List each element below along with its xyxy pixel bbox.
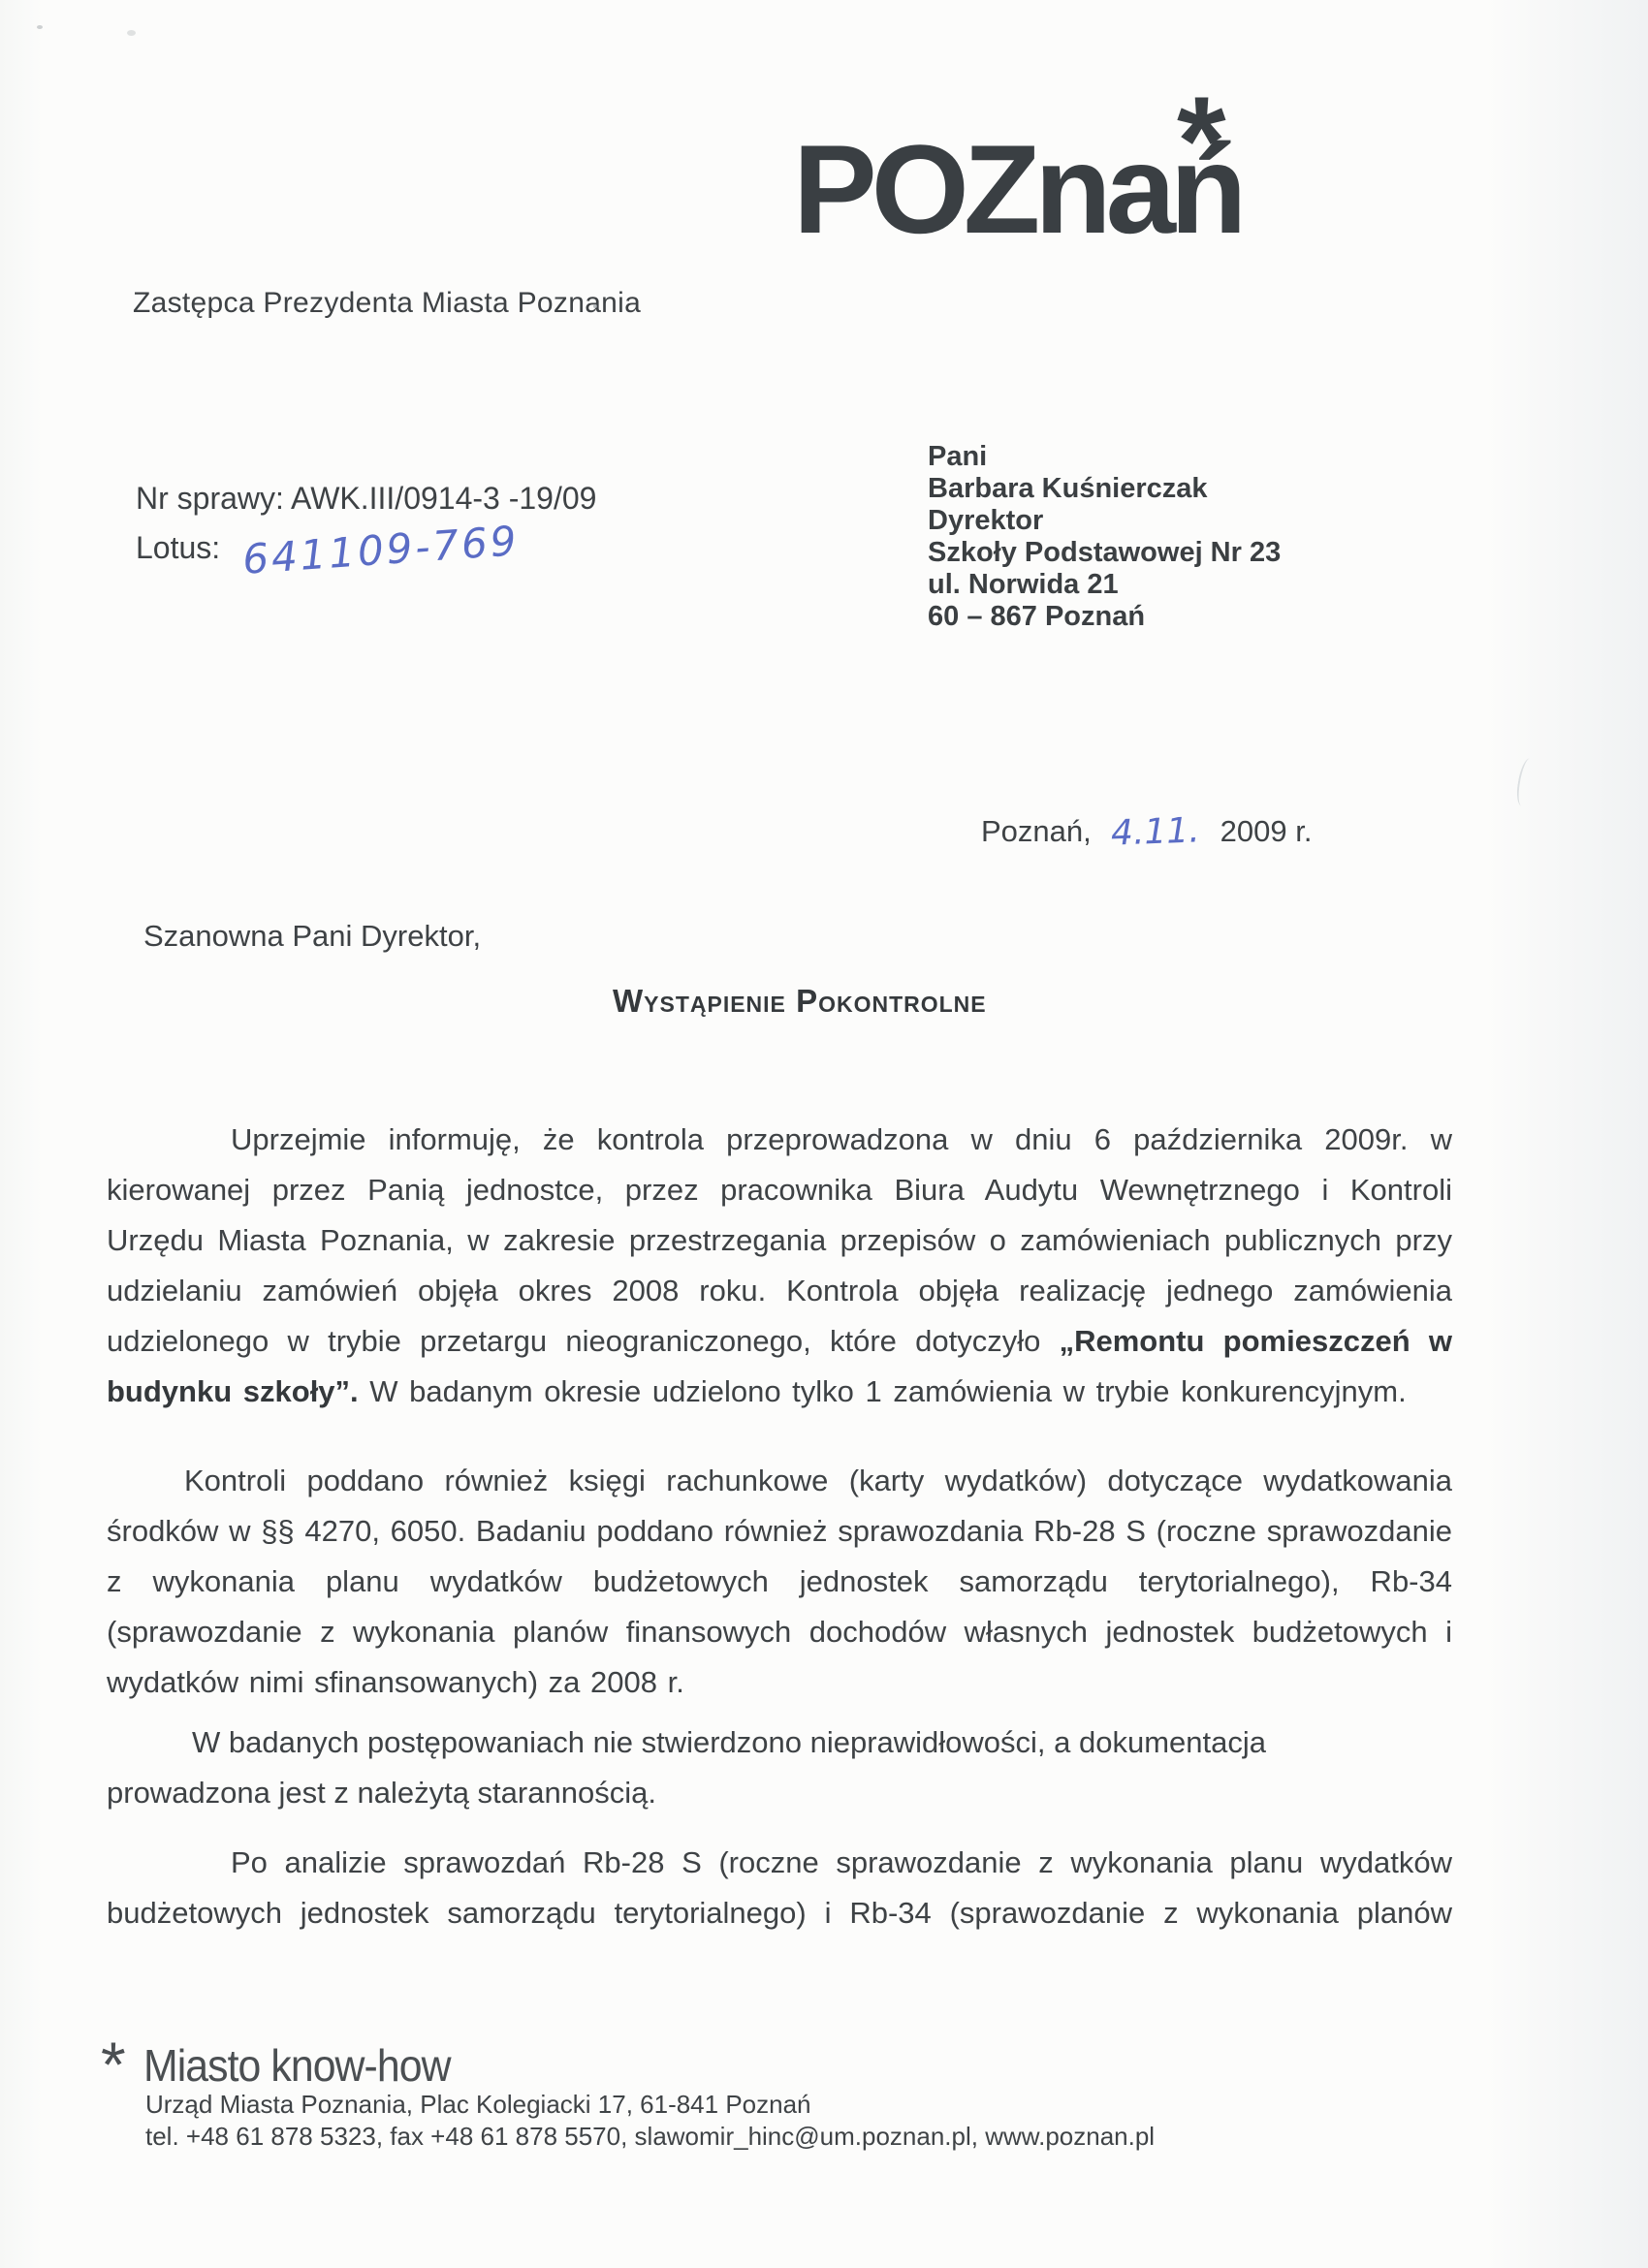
footer-asterisk-icon: * (101, 2028, 126, 2101)
paragraph-intro: Uprzejmie informuję, że kontrola przepro… (107, 1115, 1452, 1417)
dateline-year: 2009 r. (1220, 814, 1313, 848)
recipient-line: ul. Norwida 21 (928, 569, 1281, 601)
recipient-line: Barbara Kuśnierczak (928, 473, 1281, 505)
poznan-logo: POZnań * (793, 126, 1241, 252)
recipient-line: Pani (928, 441, 1281, 473)
footer-contact: tel. +48 61 878 5323, fax +48 61 878 557… (145, 2122, 1155, 2152)
recipient-line: Szkoły Podstawowej Nr 23 (928, 537, 1281, 569)
case-reference-block: Nr sprawy: AWK.III/0914-3 -19/09 Lotus: … (136, 481, 596, 572)
footer-brand-slogan: Miasto know-how (143, 2039, 451, 2092)
lotus-line: Lotus: 641109-769 (136, 526, 596, 572)
letter-page: POZnań * Zastępca Prezydenta Miasta Pozn… (0, 0, 1648, 2268)
dateline: Poznań, 4.11. 2009 r. (981, 812, 1312, 852)
paragraph-analysis: Po analizie sprawozdań Rb-28 S (roczne s… (107, 1838, 1452, 1938)
scan-squiggle-artifact (1514, 757, 1537, 807)
case-number-label: Nr sprawy: (136, 481, 284, 516)
scan-speck (127, 30, 136, 36)
dateline-city: Poznań, (981, 814, 1092, 848)
dateline-handwritten-date: 4.11. (1111, 810, 1201, 853)
letter-body: Uprzejmie informuję, że kontrola przepro… (107, 1115, 1452, 1938)
recipient-line: Dyrektor (928, 505, 1281, 537)
paragraph-intro-text-after: W badanym okresie udzielono tylko 1 zamó… (359, 1374, 1407, 1408)
lotus-label: Lotus: (136, 530, 220, 565)
case-number-line: Nr sprawy: AWK.III/0914-3 -19/09 (136, 481, 596, 526)
sender-title: Zastępca Prezydenta Miasta Poznania (133, 287, 641, 320)
poznan-logo-text: POZnań (793, 118, 1241, 260)
footer-address: Urząd Miasta Poznania, Plac Kolegiacki 1… (145, 2090, 811, 2120)
lotus-handwritten-number: 641109-769 (241, 517, 521, 583)
recipient-address-block: Pani Barbara Kuśnierczak Dyrektor Szkoły… (928, 441, 1281, 633)
subject-heading: Wystąpienie Pokontrolne (613, 983, 987, 1020)
salutation: Szanowna Pani Dyrektor, (143, 919, 481, 954)
scan-dot-artifact (593, 304, 597, 308)
paragraph-intro-text: Uprzejmie informuję, że kontrola przepro… (107, 1122, 1452, 1358)
recipient-line: 60 – 867 Poznań (928, 601, 1281, 633)
paragraph-audit-scope: Kontroli poddano również księgi rachunko… (107, 1456, 1452, 1708)
paragraph-findings: W badanych postępowaniach nie stwierdzon… (107, 1717, 1357, 1818)
scan-speck (37, 25, 43, 29)
case-number-value: AWK.III/0914-3 -19/09 (291, 481, 596, 516)
poznan-logo-asterisk-icon: * (1177, 78, 1226, 204)
